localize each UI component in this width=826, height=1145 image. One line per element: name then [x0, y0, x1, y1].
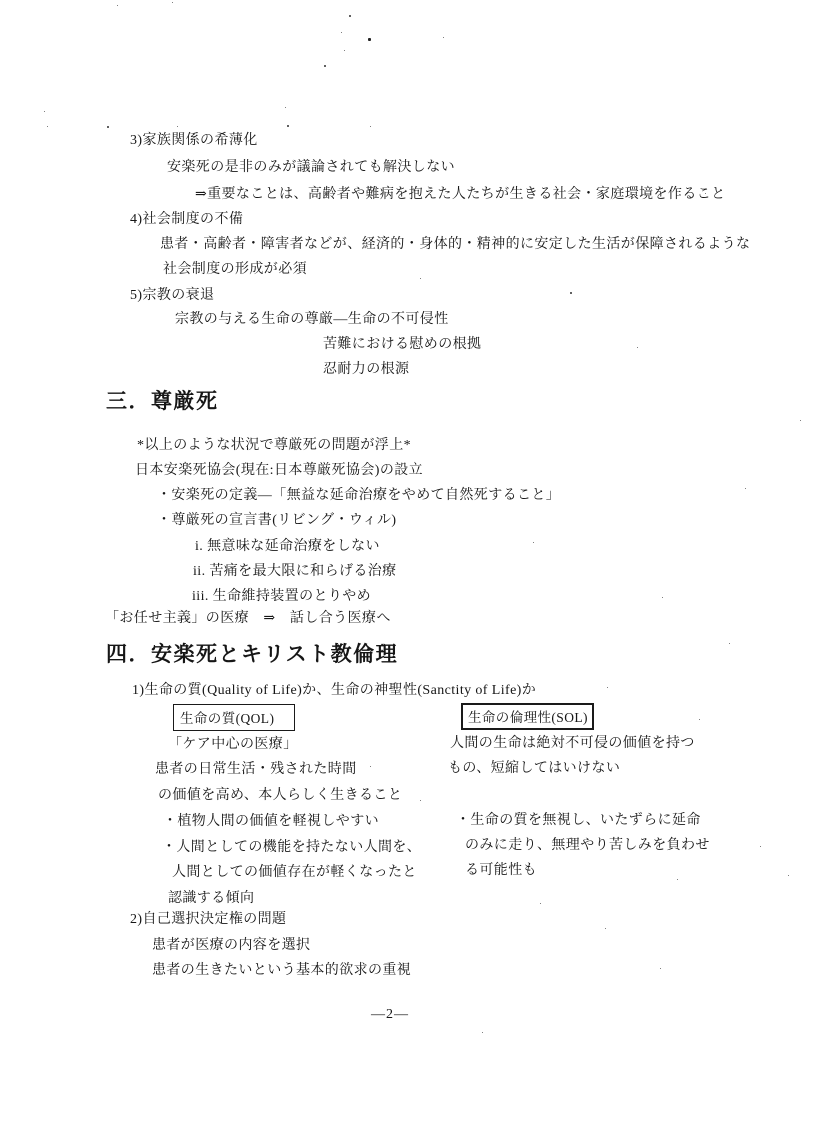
qol-box-label: 生命の質(QOL): [173, 704, 295, 731]
scan-noise-dot: [107, 126, 109, 128]
section-four-q1-title: 1)生命の質(Quality of Life)か、生命の神聖性(Sanctity…: [132, 683, 536, 700]
scan-noise-dot: [443, 37, 444, 38]
scan-noise-dot: [285, 107, 286, 108]
outline-item5-line: 宗教の与える生命の尊厳―生命の不可侵性: [175, 312, 449, 329]
scan-noise-dot: [177, 126, 178, 127]
outline-item5-line: 忍耐力の根源: [323, 362, 409, 379]
scan-noise-dot: [44, 111, 45, 112]
sol-line: もの、短縮してはいけない: [448, 761, 620, 778]
qol-line: 認識する傾向: [168, 891, 254, 908]
scan-noise-dot: [570, 292, 572, 294]
scan-noise-dot: [705, 193, 706, 194]
scan-noise-dot: [344, 50, 345, 51]
section-four-heading: 四．安楽死とキリスト教倫理: [106, 643, 398, 666]
qol-line: 患者の日常生活・残された時間: [155, 762, 357, 779]
scan-noise-dot: [370, 766, 371, 767]
qol-line: の価値を高め、本人らしく生きること: [158, 788, 402, 805]
scan-noise-dot: [370, 126, 371, 127]
scan-noise-dot: [540, 903, 541, 904]
qol-line: 人間としての価値存在が軽くなったと: [172, 865, 417, 882]
scan-noise-dot: [482, 1032, 483, 1033]
scan-noise-dot: [637, 347, 638, 348]
scan-noise-dot: [605, 928, 606, 929]
scan-noise-dot: [420, 800, 421, 801]
section-three-line: ・安楽死の定義―「無益な延命治療をやめて自然死すること」: [157, 488, 560, 505]
qol-line: ・人間としての機能を持たない人間を、: [162, 840, 421, 857]
scan-noise-dot: [699, 719, 700, 720]
outline-item3-line: 安楽死の是非のみが議論されても解決しない: [167, 160, 455, 177]
scan-noise-dot: [47, 126, 48, 127]
scanned-notes-page: 3)家族関係の希薄化 安楽死の是非のみが議論されても解決しない ⇒重要なことは、…: [0, 0, 826, 1145]
sol-line: る可能性も: [465, 863, 537, 880]
qol-line: 「ケア中心の医療」: [168, 737, 298, 754]
outline-item4-title: 4)社会制度の不備: [130, 212, 243, 229]
scan-noise-dot: [341, 32, 342, 33]
section-three-line: 日本安楽死協会(現在:日本尊厳死協会)の設立: [135, 463, 423, 480]
section-three-line: *以上のような状況で尊厳死の問題が浮上*: [137, 438, 411, 455]
outline-item5-title: 5)宗教の衰退: [130, 288, 214, 305]
scan-noise-dot: [677, 879, 678, 880]
scan-noise-dot: [172, 2, 173, 3]
section-three-heading: 三．尊厳死: [106, 390, 219, 413]
scan-noise-dot: [117, 5, 118, 6]
section-three-line: ・尊厳死の宣言書(リビング・ウィル): [157, 513, 396, 530]
q2-line: 患者が医療の内容を選択: [152, 938, 310, 955]
scan-noise-dot: [287, 125, 289, 127]
section-three-line: iii. 生命維持装置のとりやめ: [192, 589, 371, 606]
outline-item4-line: 患者・高齢者・障害者などが、経済的・身体的・精神的に安定した生活が保障されるよう…: [160, 237, 750, 254]
sol-line: 人間の生命は絶対不可侵の価値を持つ: [450, 736, 695, 753]
outline-item5-line: 苦難における慰めの根拠: [323, 337, 481, 354]
scan-noise-dot: [324, 65, 326, 67]
scan-noise-dot: [662, 597, 663, 598]
section-three-line: ii. 苦痛を最大限に和らげる治療: [193, 564, 397, 581]
sol-box-label: 生命の倫理性(SOL): [461, 703, 594, 730]
outline-item3-line: ⇒重要なことは、高齢者や難病を抱えた人たちが生きる社会・家庭環境を作ること: [195, 187, 726, 204]
scan-noise-dot: [368, 38, 371, 41]
outline-item3-title: 3)家族関係の希薄化: [130, 133, 258, 150]
scan-noise-dot: [800, 420, 801, 421]
scan-noise-dot: [788, 875, 789, 876]
page-number: —2—: [340, 1007, 440, 1023]
section-four-q2-title: 2)自己選択決定権の問題: [130, 912, 286, 929]
outline-item4-line: 社会制度の形成が必須: [163, 262, 307, 279]
scan-noise-dot: [745, 488, 746, 489]
q2-line: 患者の生きたいという基本的欲求の重視: [152, 963, 411, 980]
scan-noise-dot: [660, 968, 661, 969]
section-three-line: 「お任せ主義」の医療 ⇒ 話し合う医療へ: [105, 611, 391, 628]
scan-noise-dot: [607, 687, 608, 688]
scan-noise-dot: [760, 846, 761, 847]
scan-noise-dot: [533, 542, 534, 543]
scan-noise-dot: [729, 643, 730, 644]
scan-noise-dot: [420, 278, 421, 279]
sol-line: のみに走り、無理やり苦しみを負わせ: [465, 838, 710, 855]
sol-line: ・生命の質を無視し、いたずらに延命: [456, 813, 701, 830]
section-three-line: i. 無意味な延命治療をしない: [195, 539, 380, 556]
qol-line: ・植物人間の価値を軽視しやすい: [163, 814, 379, 831]
scan-noise-dot: [349, 15, 351, 17]
